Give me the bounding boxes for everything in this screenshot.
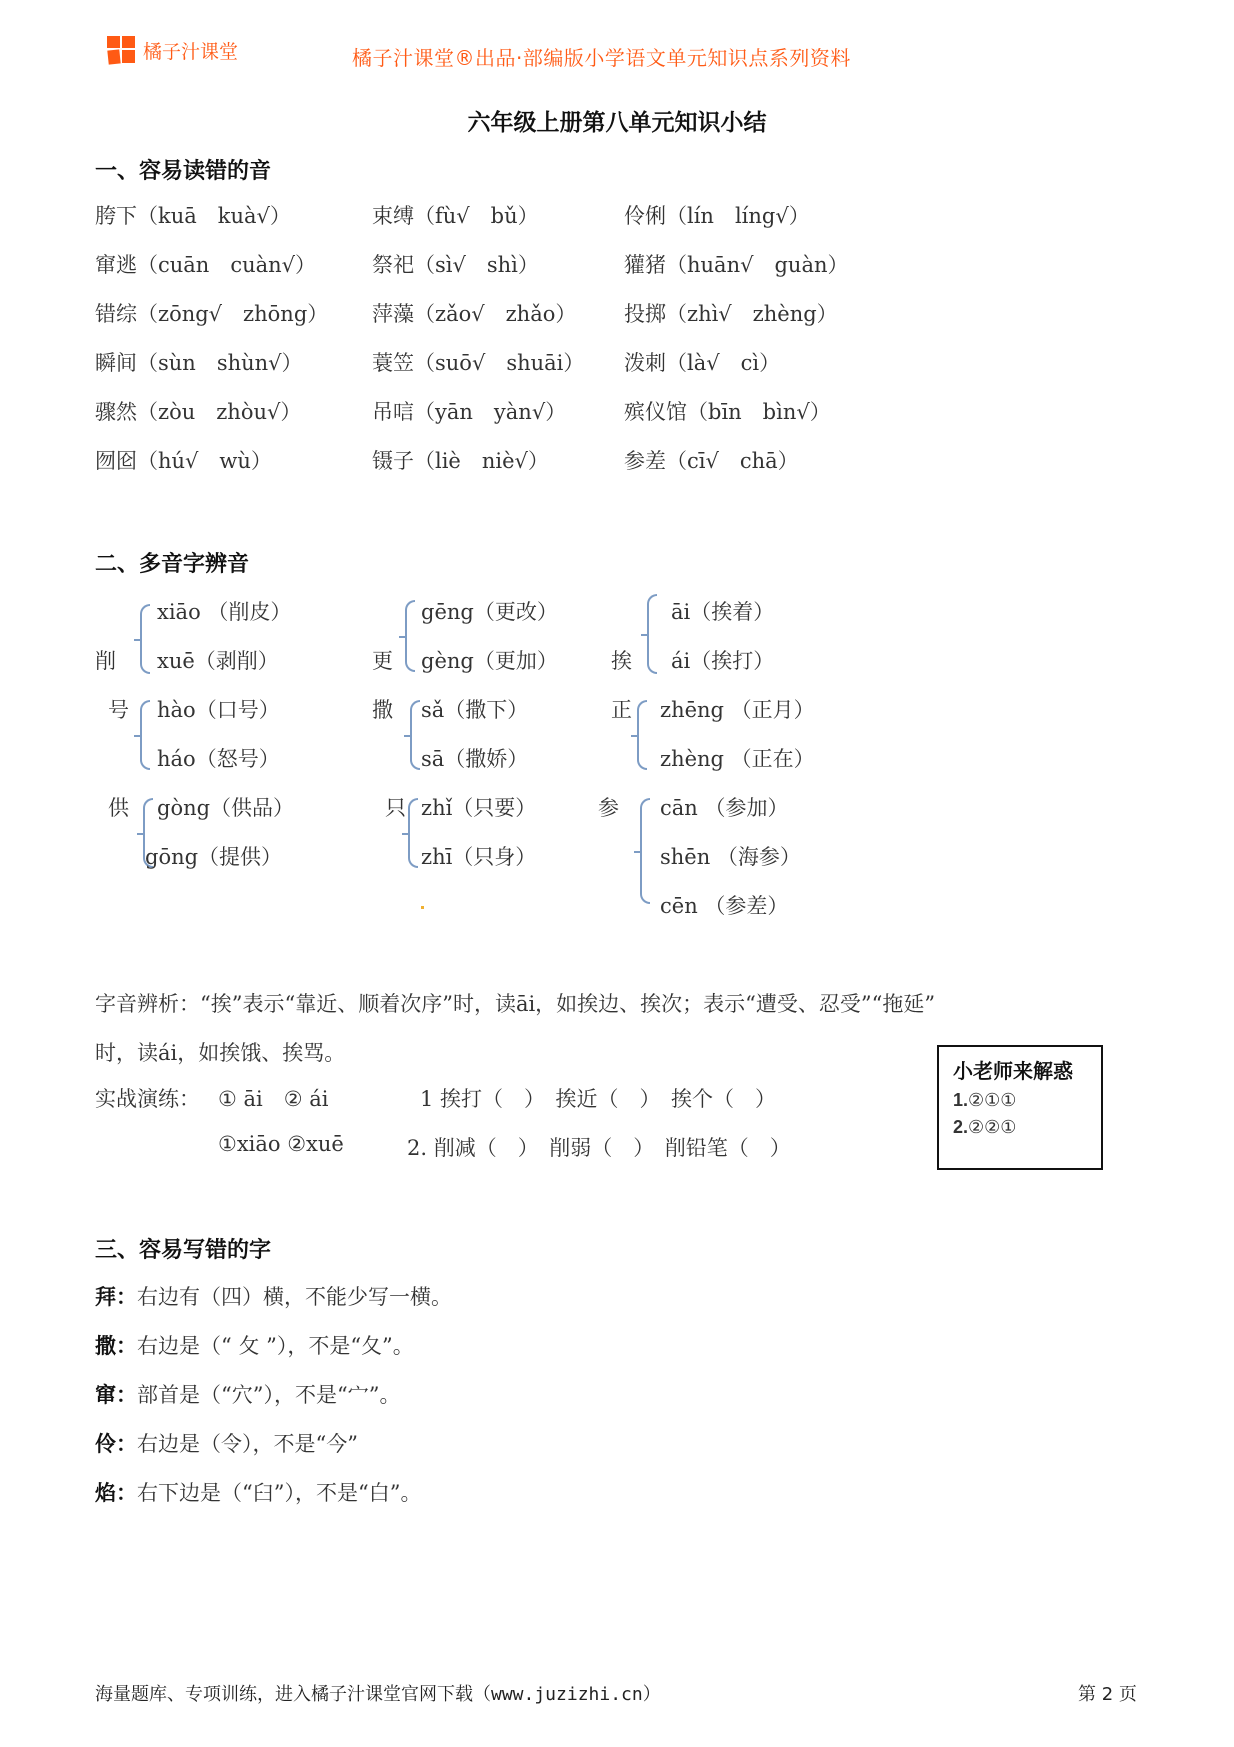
- error-char-note: 右边有（四）横，不能少写一横。: [137, 1285, 452, 1309]
- polyphone-reading: zhēng （正月）: [660, 694, 815, 724]
- error-char-item: 拜：右边有（四）横，不能少写一横。: [95, 1281, 452, 1311]
- error-char: 伶：: [95, 1431, 137, 1456]
- practice1-items: 1 挨打（ ） 挨近（ ） 挨个（ ）: [420, 1083, 776, 1113]
- error-char-item: 伶：右边是（令），不是“今”: [95, 1428, 358, 1458]
- answer-line-value: ②②①: [968, 1117, 1016, 1138]
- page-suffix: 页: [1119, 1684, 1137, 1705]
- document-title: 六年级上册第八单元知识小结: [0, 104, 1234, 137]
- polyphone-reading: gèng（更加）: [421, 645, 558, 675]
- polyphone-reading: hào（口号）: [157, 694, 280, 724]
- error-char-note: 部首是（“穴”），不是“宀”。: [137, 1383, 400, 1407]
- section3-heading: 三、容易写错的字: [95, 1233, 271, 1264]
- polyphone-reading: āi（挨着）: [671, 596, 774, 626]
- brace-icon: [410, 700, 420, 770]
- polyphone-reading: cān （参加）: [660, 792, 788, 822]
- polyphone-reading: ái（挨打）: [671, 645, 774, 675]
- error-char: 拜：: [95, 1284, 137, 1309]
- pron-item: 殡仪馆（bīn bìn√）: [624, 396, 831, 426]
- pron-item: 胯下（kuā kuà√）: [95, 200, 291, 230]
- pron-item: 窜逃（cuān cuàn√）: [95, 249, 316, 279]
- polyphone-reading: zhèng （正在）: [660, 743, 815, 773]
- page-prefix: 第: [1078, 1684, 1096, 1705]
- section1-heading: 一、容易读错的音: [95, 154, 271, 185]
- polyphone-reading: shēn （海参）: [660, 841, 801, 871]
- brace-icon: [405, 600, 415, 672]
- pron-item: 束缚（fù√ bǔ）: [372, 200, 539, 230]
- error-char-item: 焰：右下边是（“臼”），不是“白”。: [95, 1477, 421, 1507]
- section2-heading: 二、多音字辨音: [95, 547, 249, 578]
- polyphone-char: 正: [611, 694, 632, 724]
- logo-icon: [107, 36, 137, 64]
- practice1-options: ① āi ② ái: [218, 1083, 328, 1113]
- pron-item: 獾猪（huān√ guàn）: [624, 249, 849, 279]
- error-char-item: 撒：右边是（“ 攵 ”），不是“夂”。: [95, 1330, 414, 1360]
- polyphone-reading: cēn （参差）: [660, 890, 788, 920]
- pron-item: 伶俐（lín líng√）: [624, 200, 810, 230]
- polyphone-char: 只: [385, 792, 406, 822]
- answer-line-number: 2.: [953, 1117, 968, 1137]
- pron-item: 投掷（zhì√ zhèng）: [624, 298, 838, 328]
- practice2-items: 2. 削减（ ） 削弱（ ） 削铅笔（ ）: [407, 1132, 791, 1162]
- polyphone-char: 号: [108, 694, 129, 724]
- brace-icon: [647, 594, 657, 674]
- pron-item: 囫囵（hú√ wù）: [95, 445, 272, 475]
- analysis-line-2: 时，读ái，如挨饿、挨骂。: [95, 1037, 345, 1067]
- error-char: 窜：: [95, 1382, 137, 1407]
- pron-item: 参差（cī√ chā）: [624, 445, 799, 475]
- polyphone-char: 撒: [372, 694, 393, 724]
- polyphone-reading: xuē（剥削）: [157, 645, 279, 675]
- error-char-note: 右边是（令），不是“今”: [137, 1432, 358, 1456]
- analysis-line-1: 字音辨析：“挨”表示“靠近、顺着次序”时，读āi，如挨边、挨次；表示“遭受、忍受…: [95, 988, 935, 1018]
- brace-icon: [408, 798, 418, 868]
- error-char-item: 窜：部首是（“穴”），不是“宀”。: [95, 1379, 400, 1409]
- error-char: 撒：: [95, 1333, 137, 1358]
- pron-item: 镊子（liè niè√）: [372, 445, 549, 475]
- polyphone-char: 更: [372, 645, 393, 675]
- brace-icon: [140, 700, 150, 770]
- page-number: 2: [1102, 1684, 1113, 1705]
- polyphone-reading: zhǐ（只要）: [421, 792, 536, 822]
- brace-icon: [140, 604, 150, 674]
- pron-item: 泼刺（là√ cì）: [624, 347, 780, 377]
- error-char: 焰：: [95, 1480, 137, 1505]
- error-char-note: 右下边是（“臼”），不是“白”。: [137, 1481, 421, 1505]
- polyphone-reading: gōng（提供）: [145, 841, 282, 871]
- polyphone-reading: zhī（只身）: [421, 841, 536, 871]
- polyphone-reading: gòng（供品）: [157, 792, 294, 822]
- pron-item: 瞬间（sùn shùn√）: [95, 347, 303, 377]
- page-indicator: 第 2 页: [1078, 1680, 1137, 1706]
- answer-line-1: 1.②①①: [953, 1090, 1087, 1111]
- answer-box-title: 小老师来解惑: [953, 1055, 1087, 1084]
- brace-icon: [640, 798, 650, 904]
- brace-icon: [637, 700, 647, 770]
- brand-name: 橘子汁课堂: [143, 37, 238, 64]
- answer-line-value: ②①①: [968, 1090, 1016, 1111]
- footer-promo: 海量题库、专项训练，进入橘子汁课堂官网下载（www.juzizhi.cn）: [95, 1680, 661, 1706]
- answer-line-number: 1.: [953, 1090, 968, 1110]
- polyphone-reading: háo（怒号）: [157, 743, 280, 773]
- header-tagline: 橘子汁课堂®出品·部编版小学语文单元知识点系列资料: [352, 42, 851, 71]
- polyphone-char: 参: [598, 792, 619, 822]
- pron-item: 吊唁（yān yàn√）: [372, 396, 566, 426]
- practice2-options: ①xiāo ②xuē: [218, 1132, 344, 1156]
- polyphone-reading: sǎ（撒下）: [421, 694, 528, 724]
- pron-item: 萍藻（zǎo√ zhǎo）: [372, 298, 576, 328]
- brand-logo: 橘子汁课堂: [107, 36, 238, 64]
- pron-item: 错综（zōng√ zhōng）: [95, 298, 328, 328]
- pron-item: 祭祀（sì√ shì）: [372, 249, 539, 279]
- stray-dot: [421, 906, 424, 909]
- polyphone-char: 削: [95, 645, 116, 675]
- polyphone-reading: xiāo （削皮）: [157, 596, 291, 626]
- polyphone-char: 供: [108, 792, 129, 822]
- pron-item: 蓑笠（suō√ shuāi）: [372, 347, 584, 377]
- pron-item: 骤然（zòu zhòu√）: [95, 396, 301, 426]
- answer-box: 小老师来解惑 1.②①① 2.②②①: [937, 1045, 1103, 1170]
- practice-label: 实战演练：: [95, 1083, 200, 1113]
- polyphone-reading: gēng（更改）: [421, 596, 558, 626]
- polyphone-char: 挨: [611, 645, 632, 675]
- answer-line-2: 2.②②①: [953, 1117, 1087, 1138]
- error-char-note: 右边是（“ 攵 ”），不是“夂”。: [137, 1334, 414, 1358]
- polyphone-reading: sā（撒娇）: [421, 743, 528, 773]
